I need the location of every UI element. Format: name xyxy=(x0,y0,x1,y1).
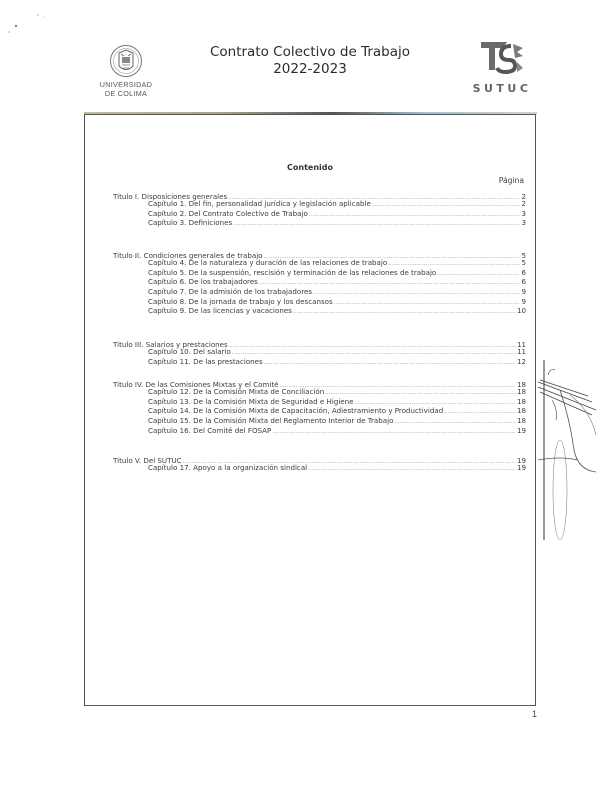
toc-chapter-entry[interactable]: Capítulo 8. De la jornada de trabajo y l… xyxy=(148,297,526,307)
university-logo: UNIVERSIDAD DE COLIMA xyxy=(88,44,164,98)
page-number: 1 xyxy=(532,709,537,719)
toc-entry-title: Capítulo 17. Apoyo a la organización sin… xyxy=(148,463,308,473)
document-title: Contrato Colectivo de Trabajo 2022-2023 xyxy=(200,44,420,78)
toc-chapter-entry[interactable]: Capítulo 2. Del Contrato Colectivo de Tr… xyxy=(148,209,526,219)
toc-entry-page: 19 xyxy=(516,426,526,436)
toc-chapter-entry[interactable]: Capítulo 14. De la Comisión Mixta de Cap… xyxy=(148,406,526,416)
toc-entry-title: Capítulo 11. De las prestaciones xyxy=(148,357,264,367)
toc-entry-page: 12 xyxy=(516,357,526,367)
toc-entry-title: Capítulo 8. De la jornada de trabajo y l… xyxy=(148,297,334,307)
page-column-label: Página xyxy=(499,176,524,185)
toc-entry-page: 18 xyxy=(516,406,526,416)
toc-entry-title: Capítulo 2. Del Contrato Colectivo de Tr… xyxy=(148,209,309,219)
toc-entry-page: 6 xyxy=(520,277,526,287)
toc-chapter-entry[interactable]: Capítulo 1. Del fin, personalidad jurídi… xyxy=(148,199,526,209)
toc-chapter-entry[interactable]: Capítulo 15. De la Comisión Mixta del Re… xyxy=(148,416,526,426)
toc-entry-title: Capítulo 10. Del salario xyxy=(148,347,232,357)
university-name-line1: UNIVERSIDAD xyxy=(88,80,164,89)
toc-entry-title: Capítulo 7. De la admisión de los trabaj… xyxy=(148,287,313,297)
toc-chapter-entry[interactable]: Capítulo 12. De la Comisión Mixta de Con… xyxy=(148,387,526,397)
toc-entry-page: 3 xyxy=(520,209,526,219)
toc-chapter-entry[interactable]: Capítulo 9. De las licencias y vacacione… xyxy=(148,306,526,316)
toc-entry-page: 9 xyxy=(520,287,526,297)
toc-heading: Contenido xyxy=(220,163,400,172)
dot-leader xyxy=(272,427,516,437)
toc-entry-page: 10 xyxy=(516,306,526,316)
toc-entry-page: 11 xyxy=(516,347,526,357)
toc-entry-title: Capítulo 13. De la Comisión Mixta de Seg… xyxy=(148,397,355,407)
toc-entry-title: Capítulo 3. Definiciones xyxy=(148,218,233,228)
university-crest-icon xyxy=(109,44,143,80)
toc-entry-title: Capítulo 14. De la Comisión Mixta de Cap… xyxy=(148,406,444,416)
toc-entry-title: Capítulo 9. De las licencias y vacacione… xyxy=(148,306,293,316)
toc-entry-title: Capítulo 12. De la Comisión Mixta de Con… xyxy=(148,387,325,397)
sutuc-emblem-icon xyxy=(477,38,527,76)
toc-chapter-entry[interactable]: Capítulo 4. De la naturaleza y duración … xyxy=(148,258,526,268)
document-title-line1: Contrato Colectivo de Trabajo xyxy=(200,44,420,61)
dot-leader xyxy=(308,464,516,474)
toc-entry-title: Capítulo 15. De la Comisión Mixta del Re… xyxy=(148,416,394,426)
toc-entry-title: Capítulo 1. Del fin, personalidad jurídi… xyxy=(148,199,372,209)
toc-entry-page: 3 xyxy=(520,218,526,228)
toc-chapter-entry[interactable]: Capítulo 13. De la Comisión Mixta de Seg… xyxy=(148,397,526,407)
toc-entry-page: 6 xyxy=(520,268,526,278)
toc-chapter-entry[interactable]: Capítulo 5. De la suspensión, rescisión … xyxy=(148,268,526,278)
toc-chapter-entry[interactable]: Capítulo 11. De las prestaciones12 xyxy=(148,357,526,367)
toc-entry-page: 2 xyxy=(520,199,526,209)
university-name-line2: DE COLIMA xyxy=(88,89,164,98)
toc-entry-page: 18 xyxy=(516,416,526,426)
dot-leader xyxy=(233,219,520,229)
toc-entry-title: Capítulo 5. De la suspensión, rescisión … xyxy=(148,268,437,278)
handwritten-signature xyxy=(530,360,612,540)
toc-chapter-entry[interactable]: Capítulo 3. Definiciones3 xyxy=(148,218,526,228)
toc-entry-page: 9 xyxy=(520,297,526,307)
dot-leader xyxy=(293,307,516,317)
sutuc-logo: SUTUC xyxy=(466,38,538,95)
toc-entry-page: 19 xyxy=(516,463,526,473)
sutuc-text: SUTUC xyxy=(466,82,538,95)
toc-chapter-entry[interactable]: Capítulo 16. Del Comité del FOSAP19 xyxy=(148,426,526,436)
toc-chapter-entry[interactable]: Capítulo 10. Del salario11 xyxy=(148,347,526,357)
toc-entry-title: Capítulo 4. De la naturaleza y duración … xyxy=(148,258,388,268)
scan-specks xyxy=(0,10,80,60)
toc-chapter-entry[interactable]: Capítulo 7. De la admisión de los trabaj… xyxy=(148,287,526,297)
document-title-line2: 2022-2023 xyxy=(200,61,420,78)
toc-entry-title: Capítulo 6. De los trabajadores xyxy=(148,277,259,287)
toc-chapter-entry[interactable]: Capítulo 17. Apoyo a la organización sin… xyxy=(148,463,526,473)
toc-entry-page: 18 xyxy=(516,387,526,397)
toc-entry-page: 5 xyxy=(520,258,526,268)
toc-entry-title: Capítulo 16. Del Comité del FOSAP xyxy=(148,426,272,436)
toc-entry-page: 18 xyxy=(516,397,526,407)
toc-chapter-entry[interactable]: Capítulo 6. De los trabajadores6 xyxy=(148,277,526,287)
dot-leader xyxy=(264,358,516,368)
